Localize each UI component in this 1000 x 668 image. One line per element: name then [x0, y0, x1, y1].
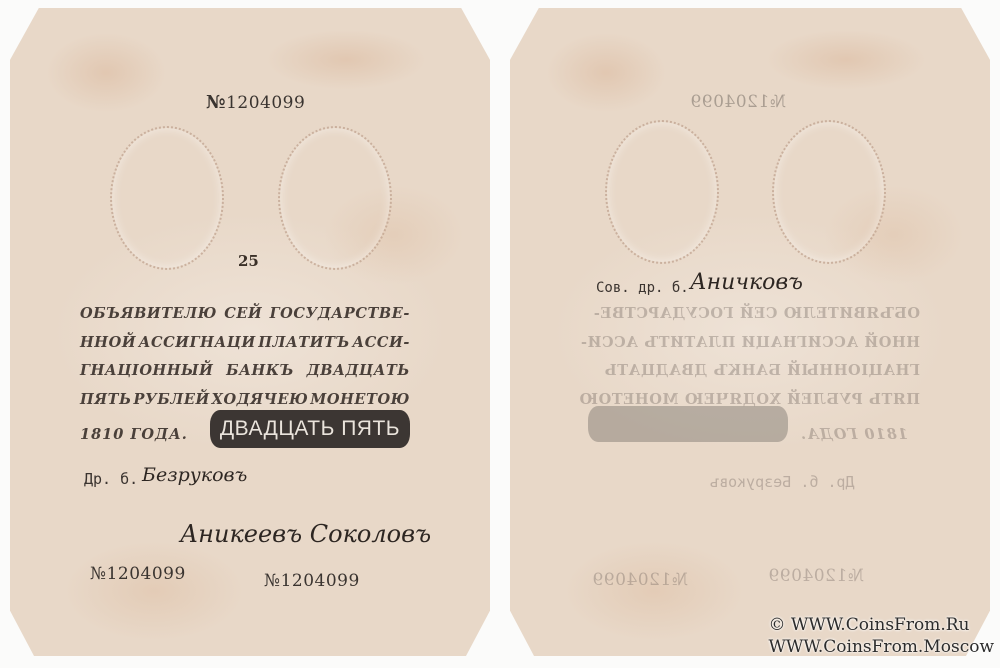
banknote-front: №1204099 25 ОБЪЯВИТЕЛЮ СЕЙ ГОСУДАРСТВЕ- …	[10, 8, 490, 656]
word: РУБЛЕЙ	[134, 386, 210, 415]
word: ДВАДЦАТЬ	[307, 357, 410, 386]
year-text: 1810 ГОДА.	[80, 426, 188, 443]
serial-number-bottom-right: №1204099	[264, 571, 360, 591]
numero-sign: №	[206, 92, 226, 113]
bleed-through-signature-label: Др. б. Безруковъ	[710, 473, 855, 491]
denomination-numeral: 25	[238, 252, 259, 270]
embossed-oval-left	[110, 126, 224, 270]
serial-number-bottom-left: №1204099	[90, 564, 186, 584]
serial-number-top: №1204099	[206, 92, 305, 113]
bleed-through-text: ОБЪЯВИТЕЛЮ СЕЙ ГОСУДАРСТВЕ- ННОЙ АССИГНА…	[590, 300, 920, 414]
word: ПЯТЬ	[80, 386, 132, 415]
serial-digits: 1204099	[226, 93, 305, 113]
watermark-line-1: © WWW.CoinsFrom.Ru	[768, 614, 994, 636]
word: ОБЪЯВИТЕЛЮ	[80, 300, 217, 329]
word: ПЛАТИТЪ	[258, 329, 350, 358]
word: АССИГНАЦИ	[139, 329, 256, 358]
banknote-back: №1204099 Сов. др. б. Аничковъ ОБЪЯВИТЕЛЮ…	[510, 8, 990, 656]
bleed-through-stamp	[588, 406, 788, 442]
bleed-through-year: 1810 ГОДА.	[800, 426, 908, 443]
word: БАНКЪ	[226, 357, 294, 386]
signature-cashier: Аникеевъ Соколовъ	[180, 520, 431, 548]
signature-label: Др. б.	[84, 470, 138, 488]
word: ННОЙ	[80, 329, 136, 358]
amount-stamp: ДВАДЦАТЬ ПЯТЬ	[210, 410, 410, 448]
bleed-through-serial-left: №1204099	[592, 570, 688, 590]
embossed-oval-right	[278, 126, 392, 270]
signature-label: Сов. др. б.	[596, 280, 689, 296]
promissory-text: ОБЪЯВИТЕЛЮ СЕЙ ГОСУДАРСТВЕ- ННОЙ АССИГНА…	[80, 300, 410, 414]
word: АССИ-	[352, 329, 410, 358]
text-line-2: ННОЙ АССИГНАЦИ ПЛАТИТЪ АССИ-	[80, 329, 410, 358]
copyright-watermark: © WWW.CoinsFrom.Ru WWW.CoinsFrom.Moscow	[768, 614, 994, 658]
ghost-line: ГНАЦIОННЫЙ БАНКЪ ДВАДЦАТЬ	[590, 357, 920, 386]
bleed-through-serial-right: №1204099	[768, 566, 864, 586]
embossed-oval-right	[772, 120, 886, 264]
signature-director: Безруковъ	[142, 464, 247, 486]
embossed-oval-left	[605, 120, 719, 264]
word: ГНАЦIОННЫЙ	[80, 357, 213, 386]
mirrored-serial-top: №1204099	[690, 92, 786, 112]
signature-councillor: Аничковъ	[690, 270, 803, 295]
ghost-line: ННОЙ АССИГНАЦИ ПЛАТИТЪ АССИ-	[590, 329, 920, 358]
text-line-1: ОБЪЯВИТЕЛЮ СЕЙ ГОСУДАРСТВЕ-	[80, 300, 410, 329]
word: СЕЙ	[224, 300, 262, 329]
watermark-line-2: WWW.CoinsFrom.Moscow	[768, 636, 994, 658]
ghost-line: ОБЪЯВИТЕЛЮ СЕЙ ГОСУДАРСТВЕ-	[590, 300, 920, 329]
text-line-3: ГНАЦIОННЫЙ БАНКЪ ДВАДЦАТЬ	[80, 357, 410, 386]
word: ГОСУДАРСТВЕ-	[270, 300, 410, 329]
